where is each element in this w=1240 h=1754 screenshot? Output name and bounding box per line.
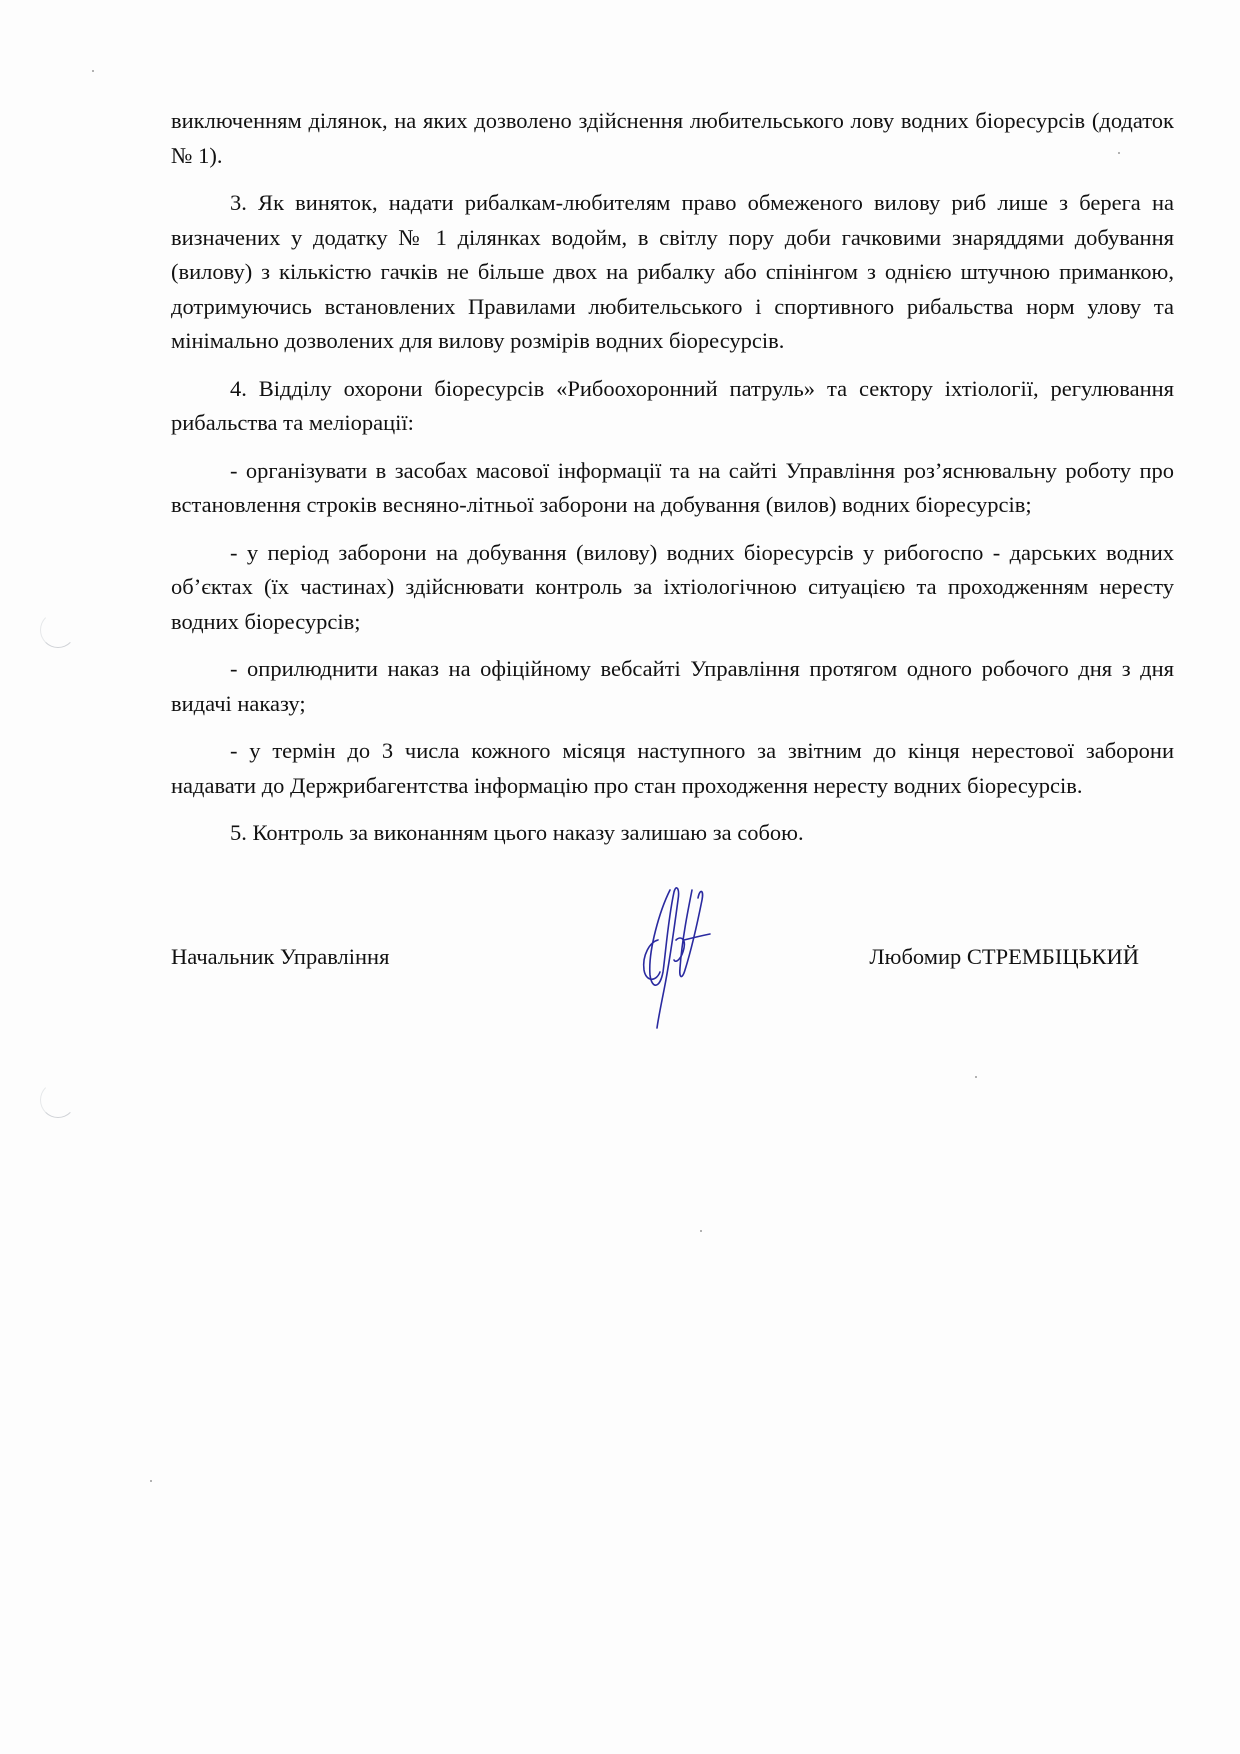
punch-hole-mark	[40, 1082, 76, 1118]
paragraph-item-5: 5. Контроль за виконанням цього наказу з…	[171, 816, 1174, 851]
paragraph-item-4-d: - у термін до 3 числа кожного місяця нас…	[171, 734, 1174, 803]
signatory-title: Начальник Управління	[171, 940, 389, 974]
scan-speck	[975, 1076, 977, 1078]
paragraph-item-3: 3. Як виняток, надати рибалкам-любителям…	[171, 186, 1174, 359]
paragraph-item-4-b: - у період заборони на добування (вилову…	[171, 536, 1174, 640]
scan-speck	[150, 1480, 152, 1482]
paragraph-item-4-c: - оприлюднити наказ на офіційному вебсай…	[171, 652, 1174, 721]
document-body: виключенням ділянок, на яких дозволено з…	[171, 104, 1174, 864]
paragraph-item-4-a: - організувати в засобах масової інформа…	[171, 454, 1174, 523]
punch-hole-mark	[40, 612, 76, 648]
scan-speck	[92, 70, 94, 72]
handwritten-signature-icon	[630, 880, 740, 1030]
document-page: виключенням ділянок, на яких дозволено з…	[0, 0, 1240, 1754]
scan-speck	[700, 1230, 702, 1232]
paragraph-continuation: виключенням ділянок, на яких дозволено з…	[171, 104, 1174, 173]
paragraph-item-4: 4. Відділу охорони біоресурсів «Рибоохор…	[171, 372, 1174, 441]
signatory-name: Любомир СТРЕМБІЦЬКИЙ	[869, 940, 1139, 974]
